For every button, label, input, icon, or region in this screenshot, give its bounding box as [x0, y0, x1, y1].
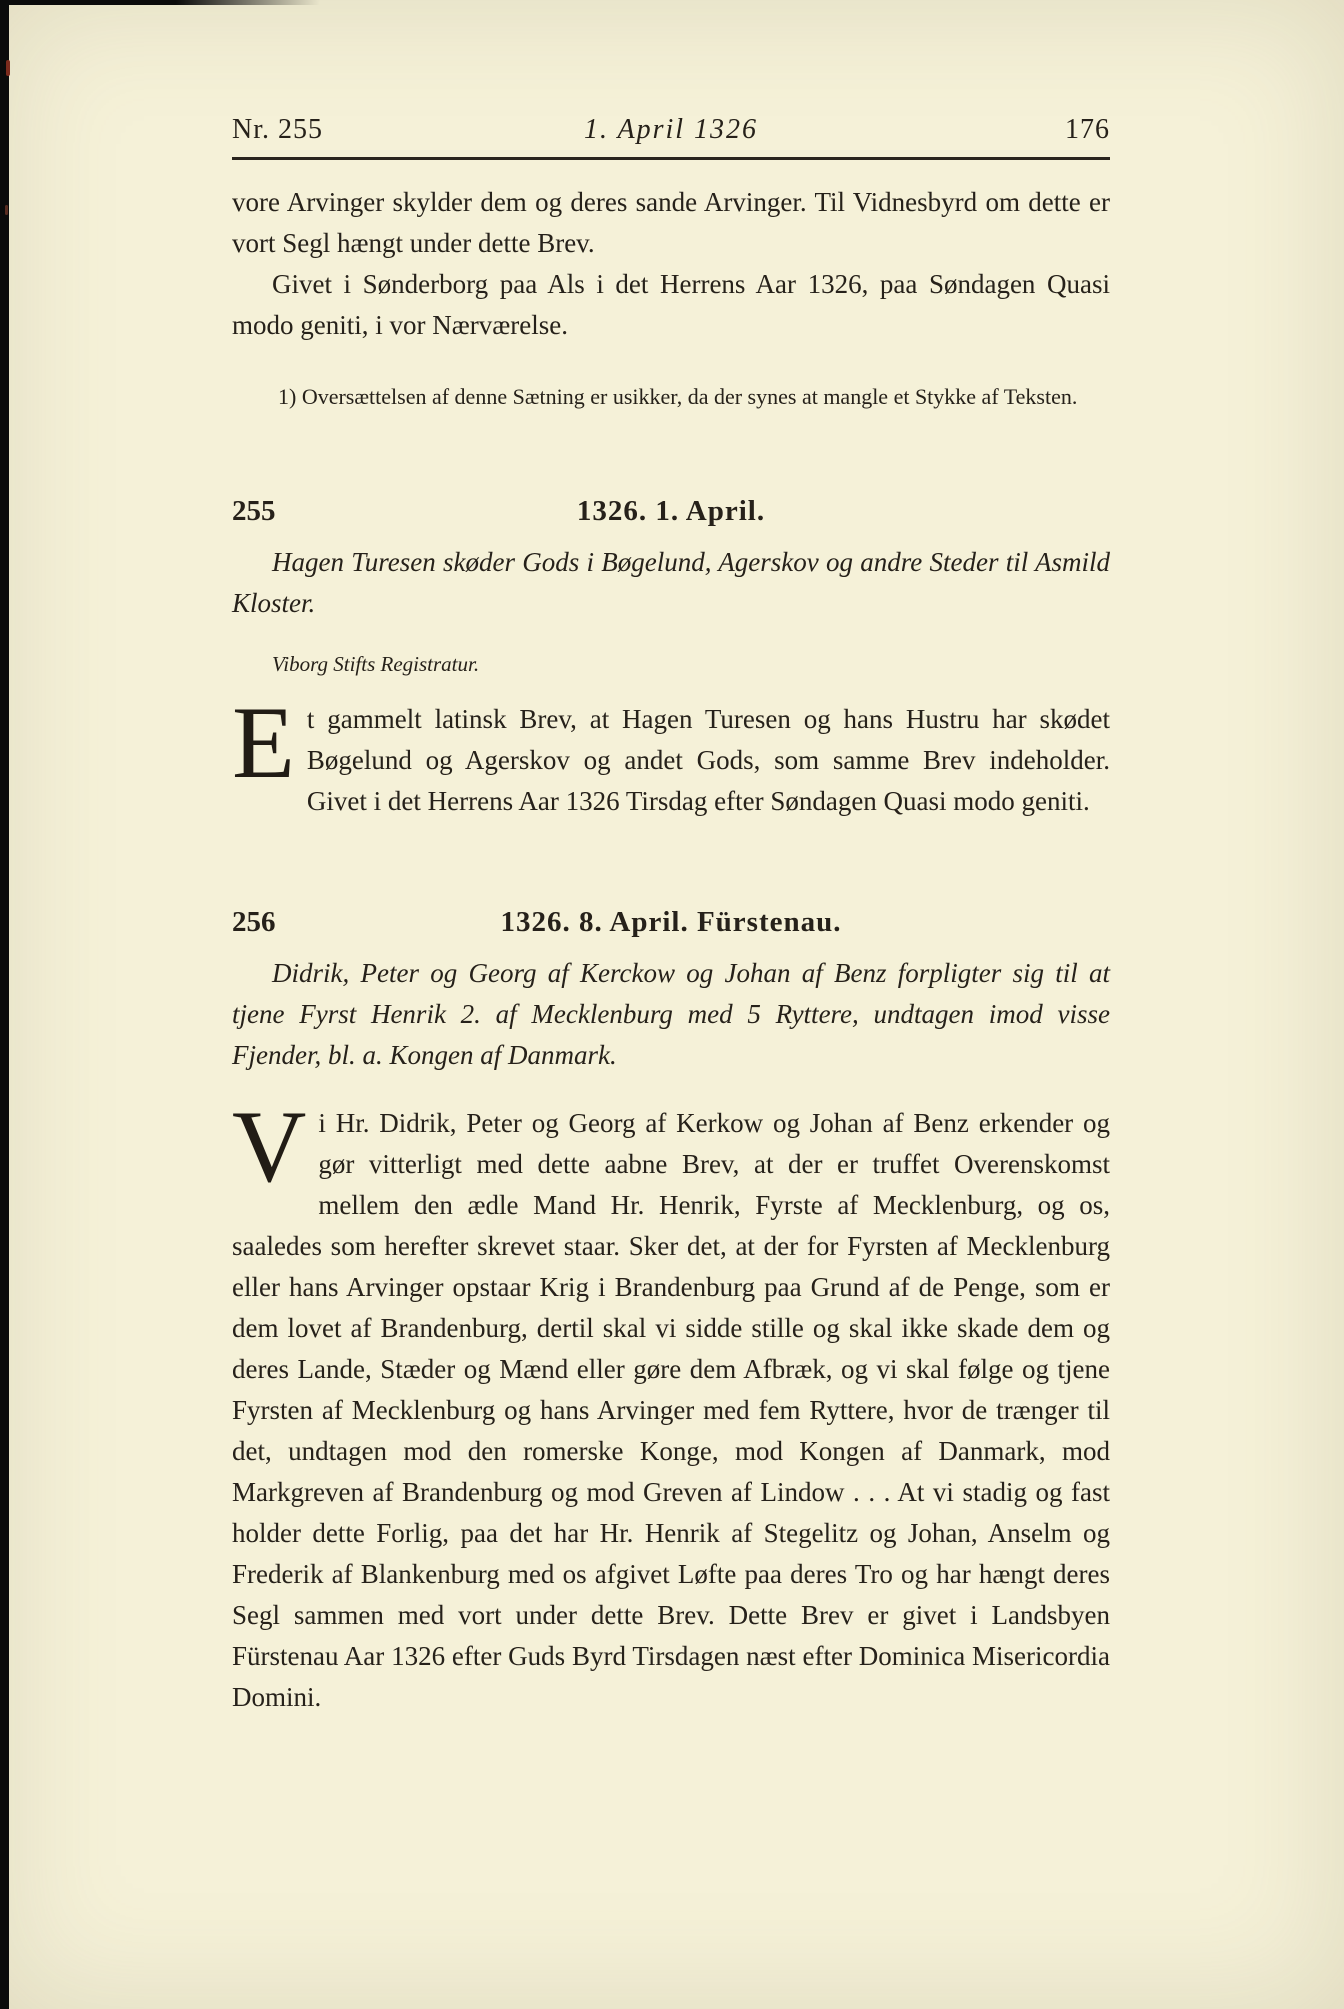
entry-255: 255 1326. 1. April. Hagen Turesen skøder… [232, 493, 1110, 822]
entry-256: 256 1326. 8. April. Fürstenau. Didrik, P… [232, 904, 1110, 1718]
entry-body-text: Et gammelt latinsk Brev, at Hagen Turese… [232, 699, 1110, 822]
scan-margin-mark [6, 60, 10, 76]
book-page-scan: Nr. 255 1. April 1326 176 vore Arvinger … [0, 0, 1344, 2009]
entry-heading: 255 1326. 1. April. [232, 493, 1110, 529]
entry-regest: Didrik, Peter og Georg af Kerckow og Joh… [232, 953, 1110, 1076]
scan-margin-mark [5, 205, 8, 215]
running-head-date: 1. April 1326 [232, 112, 1110, 148]
footnote: 1) Oversættelsen af denne Sætning er usi… [232, 380, 1110, 413]
head-rule [232, 157, 1110, 160]
entry-regest: Hagen Turesen skøder Gods i Bøgelund, Ag… [232, 542, 1110, 624]
entry-date-heading: 1326. 8. April. Fürstenau. [232, 904, 1110, 940]
page-content: Nr. 255 1. April 1326 176 vore Arvinger … [232, 0, 1110, 1718]
entry-source: Viborg Stifts Registratur. [232, 651, 1110, 678]
running-head: Nr. 255 1. April 1326 176 [232, 112, 1110, 148]
dating-paragraph: Givet i Sønderborg paa Als i det Herrens… [232, 264, 1110, 346]
entry-heading: 256 1326. 8. April. Fürstenau. [232, 904, 1110, 940]
entry-body-text: Vi Hr. Didrik, Peter og Georg af Kerkow … [232, 1103, 1110, 1718]
entry-date-heading: 1326. 1. April. [232, 493, 1110, 529]
page-number: 176 [1065, 112, 1110, 148]
continuation-paragraph: vore Arvinger skylder dem og deres sande… [232, 182, 1110, 264]
scan-left-edge-artifact [0, 0, 9, 2009]
